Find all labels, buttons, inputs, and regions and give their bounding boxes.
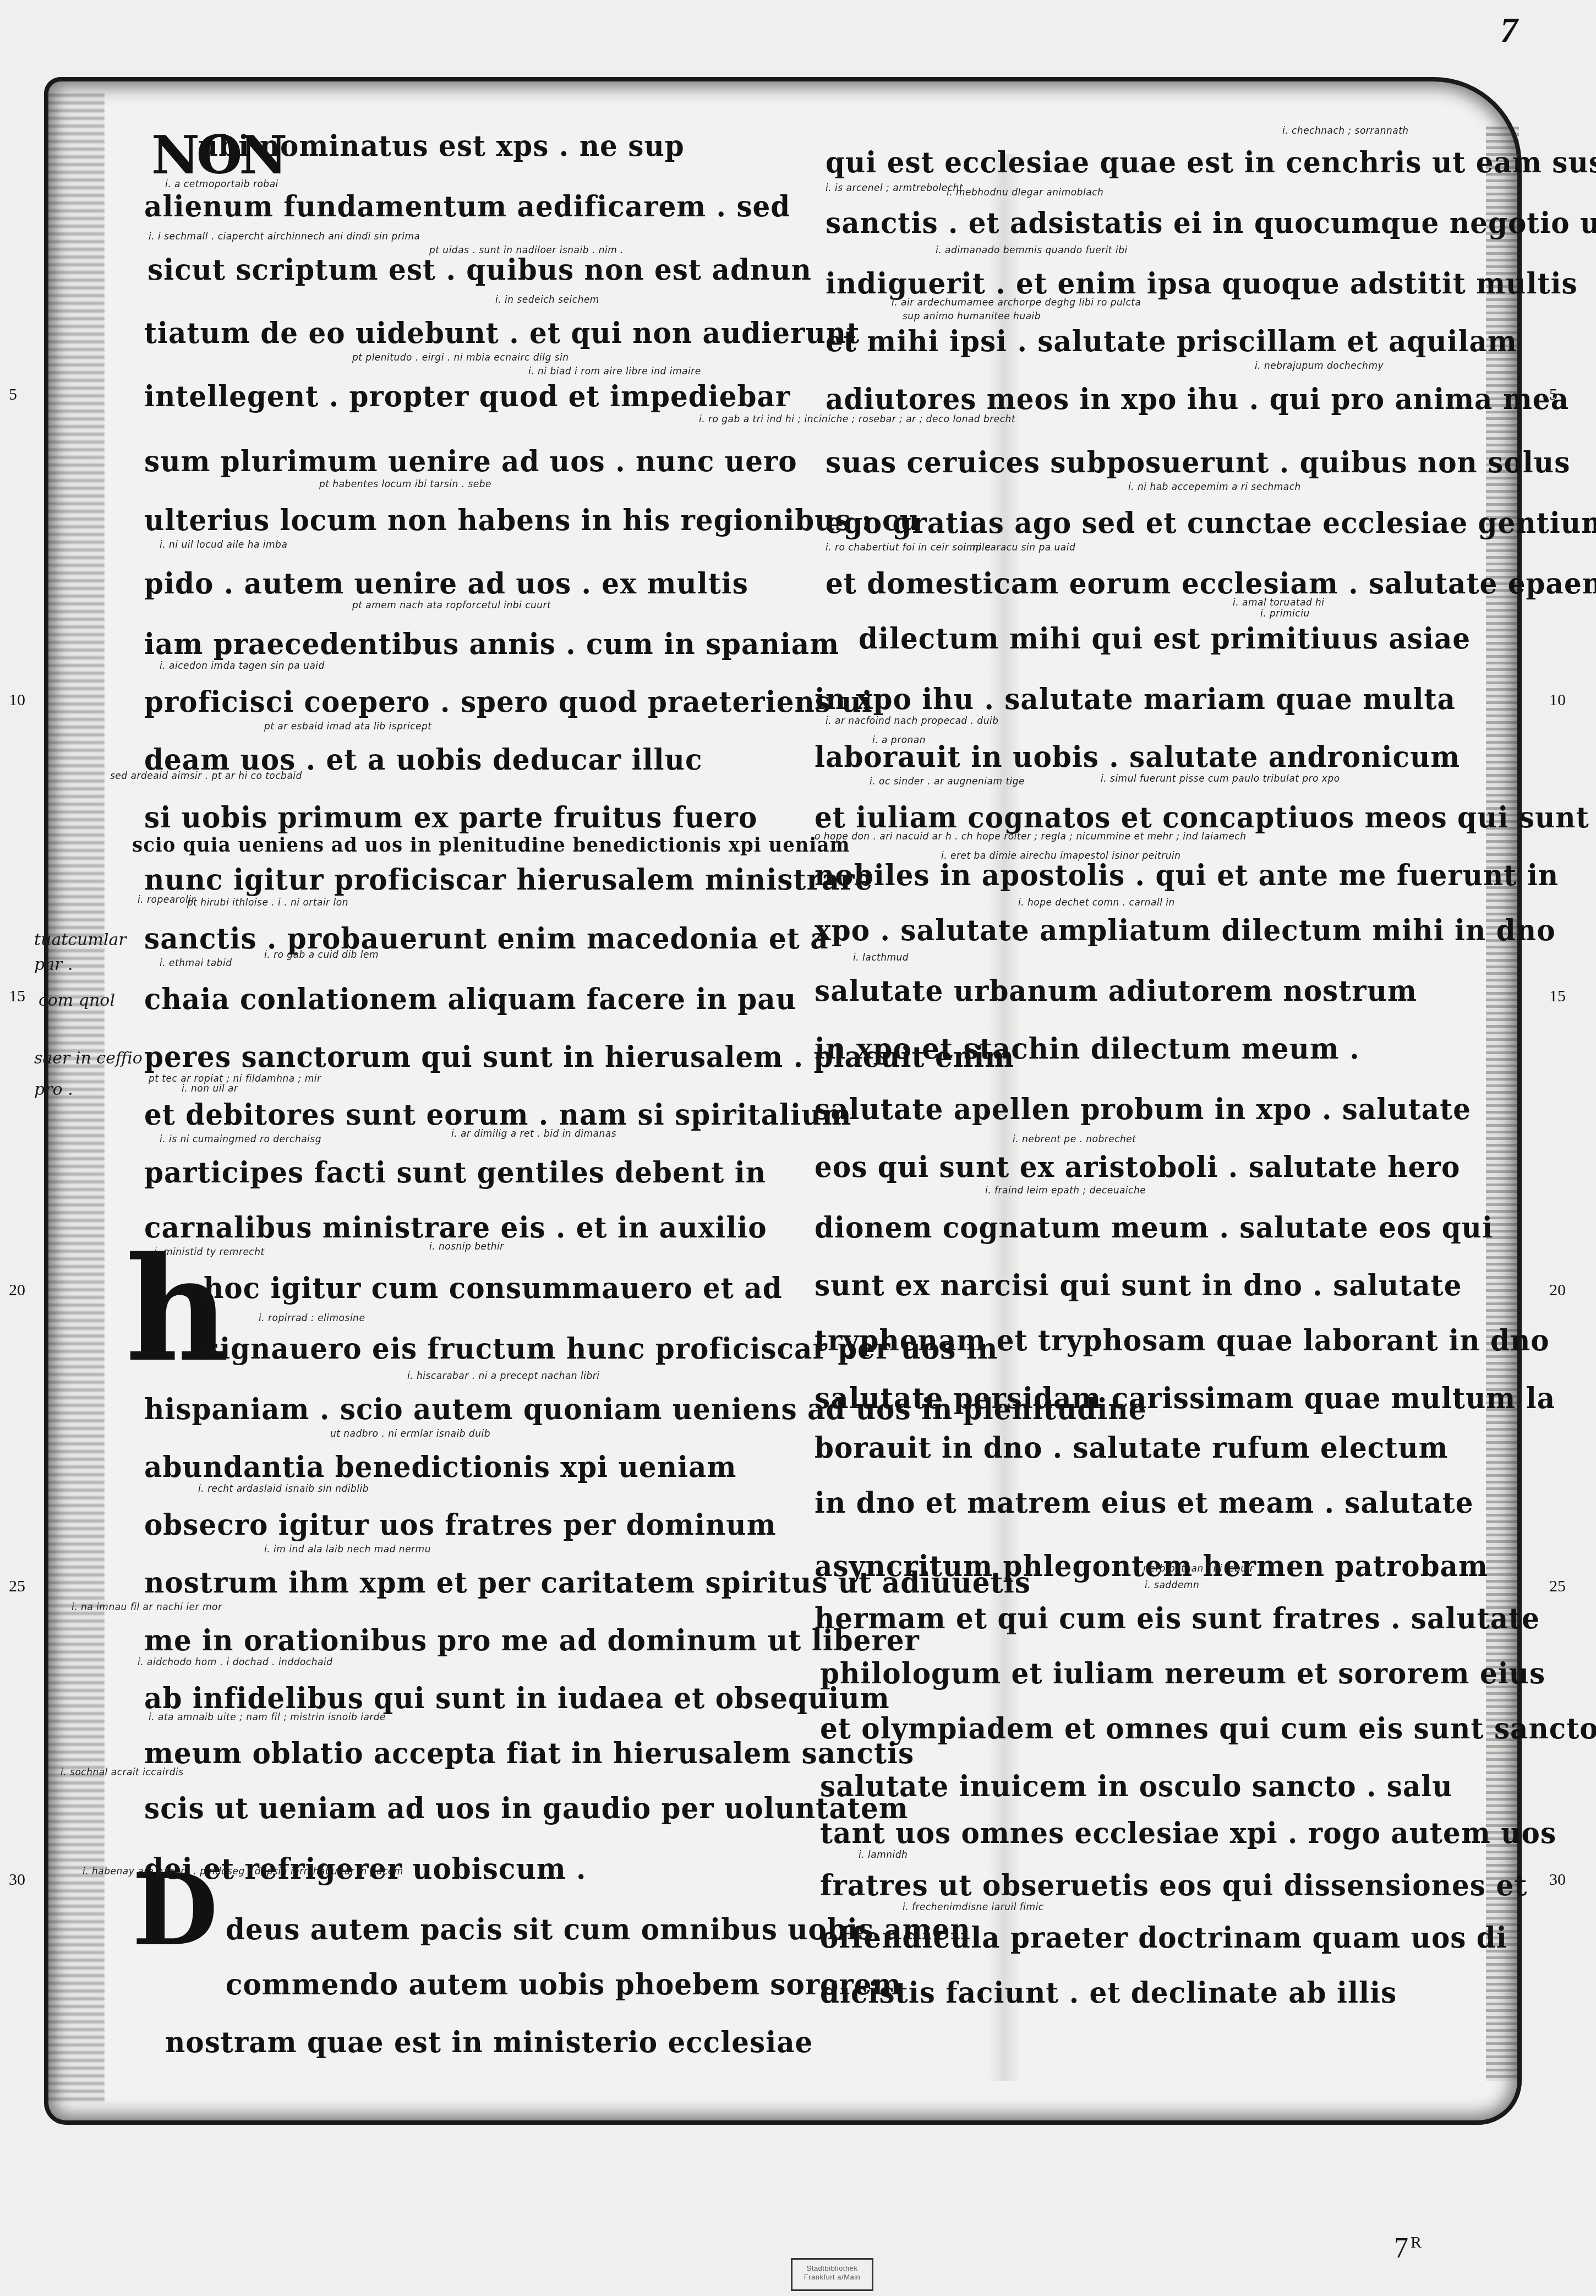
text-line: in xpo et stachin dilectum meum . <box>815 1032 1360 1066</box>
gloss-line: i. a pronan <box>872 735 926 746</box>
line-number-left-25: 25 <box>9 1577 25 1596</box>
text-line: meum oblatio accepta fiat in hierusalem … <box>144 1736 914 1770</box>
gloss-line: pt tec ar ropiat ; ni fildamhna ; mir <box>149 1073 321 1084</box>
gloss-line: i. eret ba dimie airechu imapestol isino… <box>941 850 1180 861</box>
text-line: sicut scriptum est . quibus non est adnu… <box>147 253 812 287</box>
text-line: borauit in dno . salutate rufum electum <box>815 1431 1449 1465</box>
text-line: sanctis . probauerunt enim macedonia et … <box>144 921 829 956</box>
line-number-right-25: 25 <box>1549 1577 1566 1596</box>
gloss-line: i. i sechmall . ciapercht airchinnech an… <box>149 231 420 242</box>
gloss-line: i. oc sinder . ar augneniam tige <box>870 776 1025 787</box>
text-line: obsecro igitur uos fratres per dominum <box>144 1508 777 1542</box>
gloss-line: i. aicedon imda tagen sin pa uaid <box>160 661 325 672</box>
gloss-line: i. nebrajupum dochechmy <box>1255 361 1384 372</box>
text-line: salutate urbanum adiutorem nostrum <box>815 974 1417 1008</box>
text-line: tiatum de eo uidebunt . et qui non audie… <box>144 316 860 350</box>
text-line: ego gratias ago sed et cunctae ecclesiae… <box>826 506 1596 540</box>
library-stamp: Stadtbibliothek Frankfurt a/Main <box>791 2258 873 2291</box>
gloss-line: i. nerb bathan . ni lebuir <box>1134 1563 1254 1574</box>
gloss-line: i. aidchodo hom . i dochad . inddochaid <box>138 1657 332 1668</box>
gloss-line: i. in sedeich seichem <box>495 295 599 306</box>
text-line: fratres ut obseruetis eos qui dissension… <box>820 1868 1527 1902</box>
gloss-line: i. ro gab a cuid dib lem <box>264 950 379 961</box>
text-line: nobiles in apostolis . qui et ante me fu… <box>815 858 1559 892</box>
gloss-line: i. na imnau fil ar nachi ier mor <box>72 1602 222 1613</box>
line-number-left-5: 5 <box>9 385 17 404</box>
text-line: dionem cognatum meum . salutate eos qui <box>815 1210 1493 1245</box>
text-line: nunc igitur proficiscar hierusalem minis… <box>144 863 873 897</box>
gloss-line: i. ar dimilig a ret . bid in dimanas <box>451 1128 616 1139</box>
gloss-line: i. ni hab accepemim a ri sechmach <box>1128 482 1301 493</box>
text-line: proficisci coepero . spero quod praeteri… <box>144 685 873 719</box>
text-line: adiutores meos in xpo ihu . qui pro anim… <box>826 382 1569 416</box>
gloss-line: i. lacthmud <box>853 952 909 963</box>
line-number-right-20: 20 <box>1549 1281 1566 1300</box>
text-line: dilectum mihi qui est primitiuus asiae <box>859 621 1471 656</box>
stamp-line: Stadtbibliothek <box>792 2264 872 2273</box>
gloss-line: pt amem nach ata ropforcetul inbi cuurt <box>352 600 551 611</box>
line-number-left-30: 30 <box>9 1870 25 1889</box>
gloss-line: i. fraind leim epath ; deceuaiche <box>985 1185 1146 1196</box>
margin-note: par . <box>34 955 73 974</box>
text-line: philologum et iuliam nereum et sororem e… <box>820 1656 1545 1690</box>
gloss-line: i. ethmai tabid <box>160 958 232 969</box>
page-number: 7 <box>1500 10 1518 51</box>
gloss-line: i. non uil ar <box>182 1083 238 1094</box>
text-line: et iuliam cognatos et concaptiuos meos q… <box>815 800 1589 835</box>
line-number-left-10: 10 <box>9 691 25 710</box>
text-line: sum plurimum uenire ad uos . nunc uero <box>144 444 797 478</box>
text-line: et domesticam eorum ecclesiam . salutate… <box>826 566 1596 601</box>
text-line: ab infidelibus qui sunt in iudaea et obs… <box>144 1681 890 1715</box>
text-line: hermam et qui cum eis sunt fratres . sal… <box>815 1601 1540 1635</box>
text-line: qui est ecclesiae quae est in cenchris u… <box>826 145 1596 179</box>
text-line: scio quia ueniens ad uos in plenitudine … <box>132 833 850 857</box>
line-number-left-15: 15 <box>9 987 25 1006</box>
gloss-line: i. ni caracu sin pa uaid <box>963 542 1075 553</box>
gloss-line: i. air ardechumamee archorpe deghg libi … <box>892 297 1141 308</box>
text-line: intellegent . propter quod et impediebar <box>144 379 790 413</box>
gloss-line: i. recht ardaslaid isnaib sin ndiblib <box>198 1484 369 1495</box>
gloss-line: sup animo humanitee huaib <box>903 311 1041 322</box>
gloss-line: pt uidas . sunt in nadiloer isnaib . nim… <box>429 245 624 256</box>
margin-note: pro . <box>34 1080 73 1099</box>
text-line: in dno et matrem eius et meam . salutate <box>815 1486 1474 1520</box>
gloss-line: i. nosnip bethir <box>429 1241 504 1252</box>
line-number-right-15: 15 <box>1549 987 1566 1006</box>
gloss-line: pt plenitudo . eirgi . ni mbia ecnairc d… <box>352 352 569 363</box>
text-line: in xpo ihu . salutate mariam quae multa <box>815 682 1456 716</box>
text-line: salutate inuicem in osculo sancto . salu <box>820 1769 1453 1803</box>
text-line: tryphenam et tryphosam quae laborant in … <box>815 1323 1550 1357</box>
text-line: salutate persidam carissimam quae multum… <box>815 1381 1555 1415</box>
text-line: dicistis faciunt . et declinate ab illis <box>820 1976 1397 2010</box>
text-line: ubi nominatus est xps . ne sup <box>198 129 685 163</box>
gloss-line: ut nadbro . ni ermlar isnaib duib <box>330 1428 490 1439</box>
text-line: sunt ex narcisi qui sunt in dno . saluta… <box>815 1268 1462 1302</box>
line-number-right-10: 10 <box>1549 691 1566 710</box>
gloss-line: i. ni uil locud aile ha imba <box>160 539 287 550</box>
leaf-right-edge <box>1486 127 1519 2081</box>
text-line: indiguerit . et enim ipsa quoque adstiti… <box>826 266 1578 301</box>
line-number-left-20: 20 <box>9 1281 25 1300</box>
text-line: salutate apellen probum in xpo . salutat… <box>815 1092 1471 1126</box>
text-line: et mihi ipsi . salutate priscillam et aq… <box>826 324 1517 358</box>
gloss-line: i. is ni cumaingmed ro derchaisg <box>160 1134 321 1145</box>
gloss-line: i. lamnidh <box>859 1850 908 1861</box>
text-line: commendo autem uobis phoebem sororem <box>226 1967 901 2001</box>
gloss-line: pt habentes locum ibi tarsin . sebe <box>319 479 491 490</box>
gloss-line: i. saddemn <box>1145 1580 1199 1591</box>
text-line: sanctis . et adsistatis ei in quocumque … <box>826 206 1596 240</box>
gloss-line: i. ata amnaib uite ; nam fil ; mistrin i… <box>149 1712 386 1723</box>
text-line: si uobis primum ex parte fruitus fuero <box>144 800 757 835</box>
gloss-line: i. hope dechet comn . carnall in <box>1018 897 1175 908</box>
gloss-line: i. ministid ty remrecht <box>154 1247 265 1258</box>
gloss-line: i. habenay ara pacem . pindoseg ; dopsin… <box>83 1866 403 1877</box>
gloss-line: i. hiscarabar . ni a precept nachan libr… <box>407 1371 599 1382</box>
text-line: alienum fundamentum aedificarem . sed <box>144 189 790 223</box>
gloss-line: o hope don . ari nacuid ar h . ch hope r… <box>815 831 1246 842</box>
gloss-line: i. ro gab a tri ind hi ; inciniche ; ros… <box>699 414 1015 425</box>
text-line: tant uos omnes ecclesiae xpi . rogo aute… <box>820 1816 1556 1850</box>
text-line: scis ut ueniam ad uos in gaudio per uolu… <box>144 1791 909 1825</box>
gloss-line: i. ropirrad : elimosine <box>259 1313 365 1324</box>
text-line: pido . autem uenire ad uos . ex multis <box>144 566 748 601</box>
line-number-right-30: 30 <box>1549 1870 1566 1889</box>
margin-note: tuatcumlar <box>34 930 127 950</box>
gloss-line: i. mebhodnu dlegar animoblach <box>947 187 1103 198</box>
text-line: participes facti sunt gentiles debent in <box>144 1155 766 1190</box>
gloss-line: i. ar nacfoind nach propecad . duib <box>826 716 998 727</box>
text-line: me in orationibus pro me ad dominum ut l… <box>144 1623 920 1657</box>
gloss-line: i. im ind ala laib nech mad nermu <box>264 1544 431 1555</box>
gloss-line: i. primiciu <box>1260 608 1310 619</box>
gloss-line: pt ar esbaid imad ata lib ispricept <box>264 721 431 732</box>
folio-label: 7R <box>1394 2232 1422 2265</box>
gloss-line: sed ardeaid aimsir . pt ar hi co tocbaid <box>110 771 302 782</box>
text-line: nostram quae est in ministerio ecclesiae <box>165 2025 813 2059</box>
gloss-line: pt hirubi ithloise . i . ni ortair lon <box>187 897 348 908</box>
text-line: xpo . salutate ampliatum dilectum mihi i… <box>815 913 1556 947</box>
text-line: eos qui sunt ex aristoboli . salutate he… <box>815 1150 1460 1184</box>
gloss-line: i. adimanado bemmis quando fuerit ibi <box>936 245 1128 256</box>
text-line: suas ceruices subposuerunt . quibus non … <box>826 445 1570 479</box>
margin-note: com qnol <box>39 991 115 1010</box>
gloss-line: i. frechenimdisne iaruil fimic <box>903 1902 1044 1913</box>
gloss-line: i. ni biad i rom aire libre ind imaire <box>528 366 701 377</box>
text-line: et debitores sunt eorum . nam si spirita… <box>144 1098 851 1132</box>
folio-side: R <box>1411 2233 1422 2251</box>
gloss-line: i. nebrent pe . nobrechet <box>1013 1134 1136 1145</box>
gloss-line: i. sochnal acrait iccairdis <box>61 1767 184 1778</box>
gloss-line: i. chechnach ; sorrannath <box>1282 126 1409 137</box>
gloss-line: i. is arcenel ; armtrebolecht <box>826 183 963 194</box>
gloss-line: i. amal toruatad hi <box>1233 597 1325 608</box>
text-line: hoc igitur cum consummauero et ad <box>204 1271 783 1305</box>
text-line: offendicula praeter doctrinam quam uos d… <box>820 1921 1507 1955</box>
gloss-line: i. simul fuerunt pisse cum paulo tribula… <box>1101 773 1340 784</box>
text-line: abundantia benedictionis xpi ueniam <box>144 1450 736 1484</box>
text-line: chaia conlationem aliquam facere in pau <box>144 982 796 1016</box>
margin-note: saer in ceffio <box>34 1049 143 1068</box>
text-line: carnalibus ministrare eis . et in auxili… <box>144 1210 767 1245</box>
text-line: ulterius locum non habens in his regioni… <box>144 503 920 537</box>
folio-number: 7 <box>1394 2233 1408 2264</box>
stamp-line: Frankfurt a/Main <box>792 2273 872 2282</box>
text-line: iam praecedentibus annis . cum in spania… <box>144 627 839 661</box>
gloss-line: i. a cetmoportaib robai <box>165 179 278 190</box>
text-line: et olympiadem et omnes qui cum eis sunt … <box>820 1711 1596 1746</box>
